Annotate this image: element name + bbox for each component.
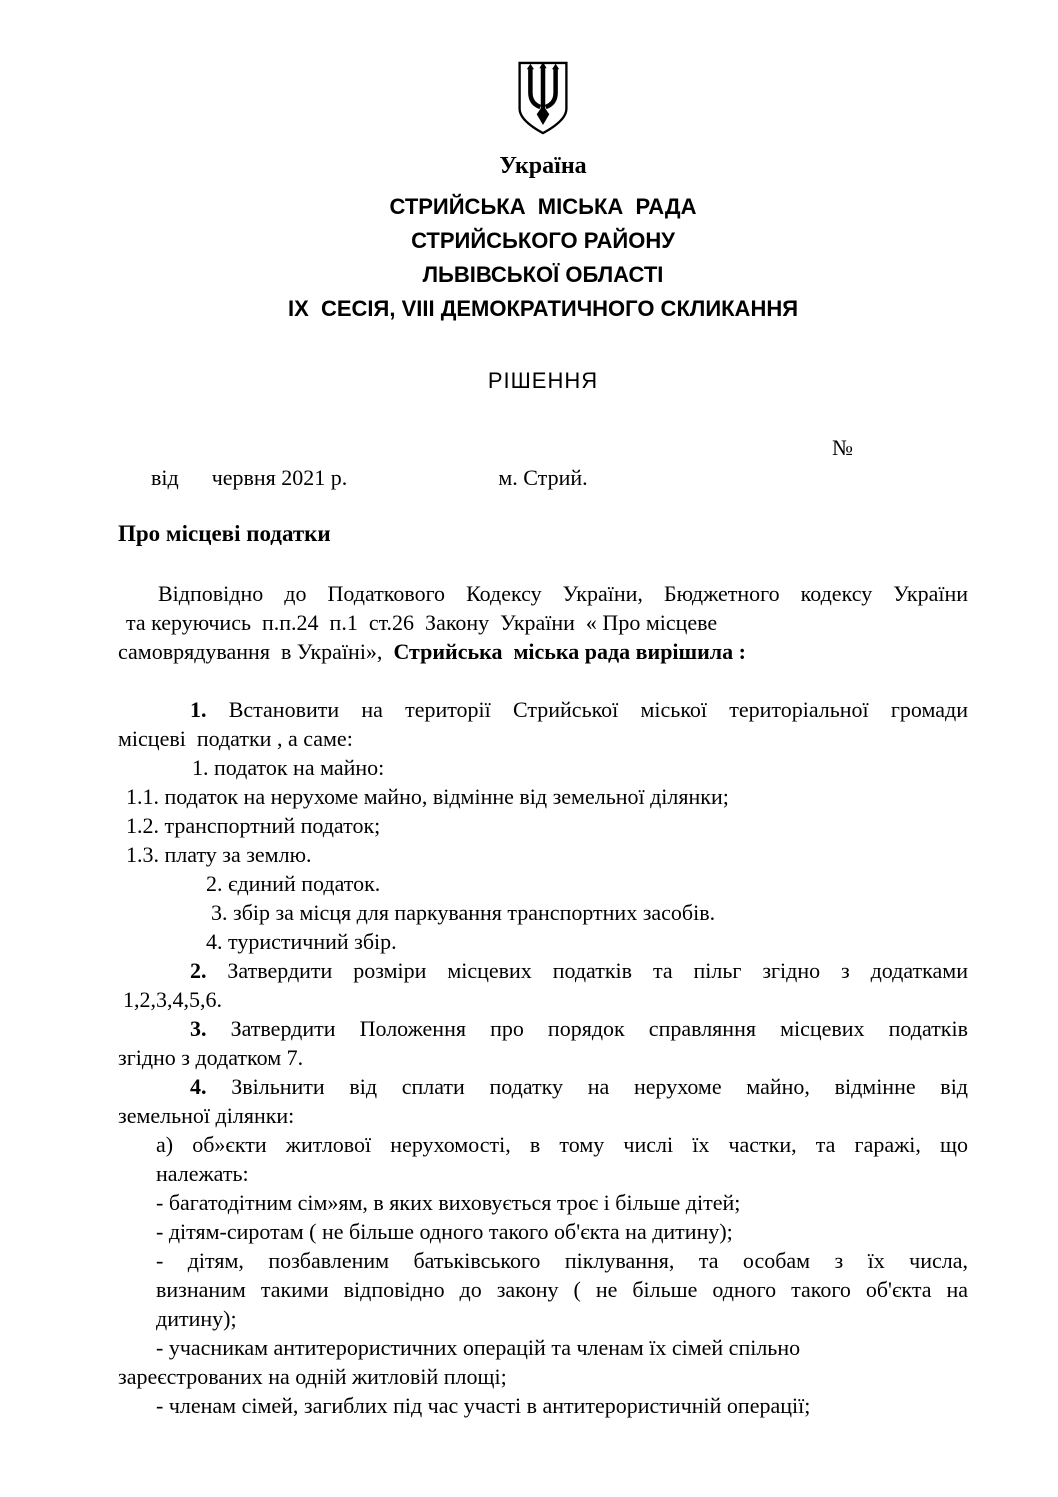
body-line: 1. Встановити на території Стрийської мі… <box>118 695 968 724</box>
org-line: СТРИЙСЬКОГО РАЙОНУ <box>118 224 968 258</box>
body-line: земельної ділянки: <box>118 1101 968 1130</box>
body-line: місцеві податки , а саме: <box>118 724 968 753</box>
body-line: згідно з додатком 7. <box>118 1043 968 1072</box>
org-line: IX СЕСІЯ, VIII ДЕМОКРАТИЧНОГО СКЛИКАННЯ <box>118 292 968 326</box>
date-row: від червня 2021 р. № <box>118 433 968 463</box>
body-line: - учасникам антитерористичних операцій т… <box>118 1333 968 1362</box>
body-line: 1. податок на майно: <box>118 753 968 782</box>
body-line: та керуючись п.п.24 п.1 ст.26 Закону Укр… <box>118 608 968 637</box>
body-line: 2. єдиний податок. <box>118 869 968 898</box>
document-page: Україна СТРИЙСЬКА МІСЬКА РАДАСТРИЙСЬКОГО… <box>0 0 1058 1497</box>
date-line: від червня 2021 р. <box>151 465 347 490</box>
body-line: 4. Звільнити від сплати податку на нерух… <box>118 1072 968 1101</box>
body-line: дитину); <box>118 1304 968 1333</box>
body-line: 3. Затвердити Положення про порядок спра… <box>118 1014 968 1043</box>
body-line: - членам сімей, загиблих під час участі … <box>118 1391 968 1420</box>
body-line: 3. збір за місця для паркування транспор… <box>118 898 968 927</box>
body-line: 1.1. податок на нерухоме майно, відмінне… <box>118 782 968 811</box>
ukraine-trident-icon <box>516 60 570 136</box>
org-line: СТРИЙСЬКА МІСЬКА РАДА <box>118 190 968 224</box>
document-number-label: № <box>832 433 853 463</box>
body-line: а) об»єкти житлової нерухомості, в тому … <box>118 1130 968 1159</box>
organization-name-block: СТРИЙСЬКА МІСЬКА РАДАСТРИЙСЬКОГО РАЙОНУЛ… <box>118 190 968 326</box>
body-line: Відповідно до Податкового Кодексу Україн… <box>118 579 968 608</box>
document-type-title: РІШЕННЯ <box>118 366 968 396</box>
body-line: 4. туристичний збір. <box>118 927 968 956</box>
body-line: 2. Затвердити розміри місцевих податків … <box>118 956 968 985</box>
body-line: - багатодітним сім»ям, в яких виховуєтьс… <box>118 1188 968 1217</box>
body-line: 1.2. транспортний податок; <box>118 811 968 840</box>
body-line: - дітям-сиротам ( не більше одного таког… <box>118 1217 968 1246</box>
body-line: - дітям, позбавленим батьківського піклу… <box>118 1246 968 1275</box>
body-line: визнаним такими відповідно до закону ( н… <box>118 1275 968 1304</box>
body-line: належать: <box>118 1159 968 1188</box>
org-line: ЛЬВІВСЬКОЇ ОБЛАСТІ <box>118 258 968 292</box>
country-name: Україна <box>118 152 968 180</box>
body-line: 1,2,3,4,5,6. <box>118 985 968 1014</box>
document-header: Україна СТРИЙСЬКА МІСЬКА РАДАСТРИЙСЬКОГО… <box>118 60 968 493</box>
document-body: Відповідно до Податкового Кодексу Україн… <box>118 579 968 1420</box>
body-line: зареєстрованих на одній житловій площі; <box>118 1362 968 1391</box>
body-line: самоврядування в Україні», Стрийська міс… <box>118 637 968 666</box>
subject-title: Про місцеві податки <box>118 519 968 549</box>
body-line: 1.3. плату за землю. <box>118 840 968 869</box>
